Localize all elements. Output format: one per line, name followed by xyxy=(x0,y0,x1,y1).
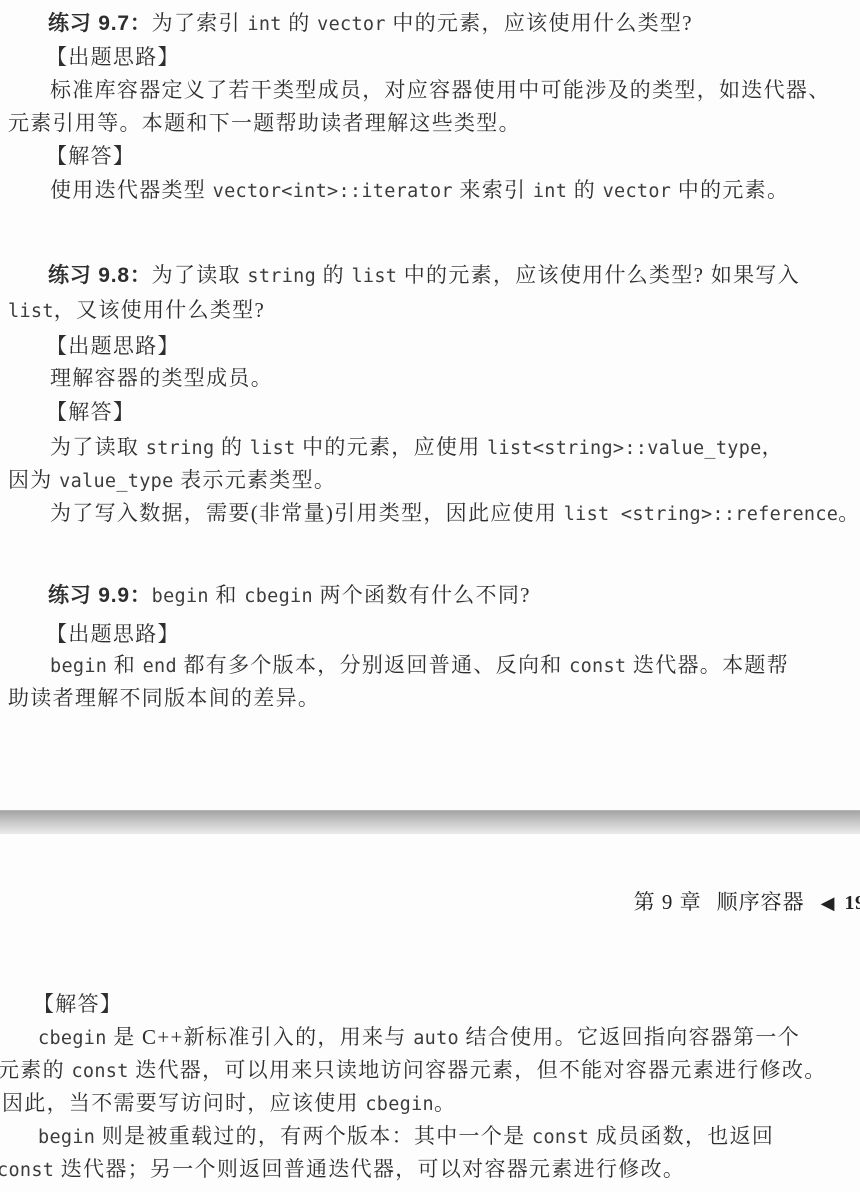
body-text: 【解答】 xyxy=(33,992,122,1016)
text-line: 为了写入数据，需要(非常量)引用类型，因此应使用 list <string>::… xyxy=(50,501,860,527)
body-text: 结合使用。它返回指向容器第一个 xyxy=(459,1025,800,1049)
code-text: cbegin xyxy=(365,1094,434,1115)
text-line: 因为 value_type 表示元素类型。 xyxy=(8,468,336,494)
body-text: 。 xyxy=(434,1091,456,1115)
text-line: 理解容器的类型成员。 xyxy=(50,366,273,391)
body-text: 。 xyxy=(838,501,860,525)
body-text: 中的元素，应该使用什么类型? xyxy=(386,11,693,35)
exercise-label: 练习 9.9： xyxy=(48,584,152,607)
chapter-label: 第 9 章 xyxy=(634,890,702,914)
text-line: 为了读取 string 的 list 中的元素，应使用 list<string>… xyxy=(50,435,784,461)
body-text: 中的元素，应该使用什么类型? 如果写入 xyxy=(397,263,800,287)
text-line: 【解答】 xyxy=(46,144,135,169)
page-divider xyxy=(0,810,860,834)
body-text: 助读者理解不同版本间的差异。 xyxy=(8,686,320,710)
code-text: begin xyxy=(152,586,209,607)
body-text: 表示元素类型。 xyxy=(174,468,337,492)
text-line: begin 则是被重载过的，有两个版本：其中一个是 const 成员函数，也返回 xyxy=(38,1124,774,1150)
body-text: 中的元素。 xyxy=(671,178,789,202)
section-title: 顺序容器 xyxy=(717,890,805,914)
body-text: ， xyxy=(762,435,784,459)
text-line: 练习 9.9：begin 和 cbegin 两个函数有什么不同? xyxy=(48,583,531,609)
body-text: 为了读取 xyxy=(152,263,248,287)
code-text: string xyxy=(146,438,215,459)
body-text: 迭代器。本题帮 xyxy=(626,653,789,677)
body-text: 的 xyxy=(316,263,351,287)
code-text: int xyxy=(533,181,567,202)
code-text: list xyxy=(250,438,296,459)
body-text: 为了索引 xyxy=(152,11,248,35)
code-text: value_type xyxy=(59,471,173,492)
text-line: 【解答】 xyxy=(46,400,135,425)
body-text: 【出题思路】 xyxy=(46,45,180,69)
body-text: ，又该使用什么类型? xyxy=(54,298,265,322)
text-line: 标准库容器定义了若干类型成员，对应容器使用中可能涉及的类型，如迭代器、 xyxy=(50,78,831,103)
code-text: int xyxy=(247,14,281,35)
page-header: 第 9 章顺序容器◀197 xyxy=(0,886,860,916)
text-line: 【出题思路】 xyxy=(46,622,180,647)
body-text: 的 xyxy=(214,435,249,459)
exercise-label: 练习 9.7： xyxy=(48,12,152,35)
document-page: 练习 9.7：为了索引 int 的 vector 中的元素，应该使用什么类型?【… xyxy=(0,0,860,1192)
text-line: begin 和 end 都有多个版本，分别返回普通、反向和 const 迭代器。… xyxy=(50,653,789,679)
code-text: end xyxy=(143,656,177,677)
text-line: 使用迭代器类型 vector<int>::iterator 来索引 int 的 … xyxy=(50,178,789,204)
code-text: list xyxy=(351,266,397,287)
code-text: const xyxy=(0,1160,54,1181)
text-line: 【解答】 xyxy=(33,992,122,1017)
body-text: 则是被重载过的，有两个版本：其中一个是 xyxy=(95,1124,532,1148)
body-text: 来索引 xyxy=(453,178,533,202)
text-line: list，又该使用什么类型? xyxy=(8,298,265,324)
code-text: list xyxy=(8,301,54,322)
body-text: 【解答】 xyxy=(46,144,135,168)
code-text: vector xyxy=(317,14,386,35)
left-triangle-icon: ◀ xyxy=(821,893,835,913)
text-line: 练习 9.7：为了索引 int 的 vector 中的元素，应该使用什么类型? xyxy=(48,11,693,37)
body-text: 使用迭代器类型 xyxy=(50,178,213,202)
body-text: 都有多个版本，分别返回普通、反向和 xyxy=(177,653,569,677)
text-line: 【出题思路】 xyxy=(46,334,180,359)
code-text: begin xyxy=(50,656,107,677)
body-text: 【解答】 xyxy=(46,400,135,424)
body-text: 为了读取 xyxy=(50,435,146,459)
body-text: 【出题思路】 xyxy=(46,334,180,358)
body-text: 成员函数，也返回 xyxy=(589,1124,774,1148)
page-number: 197 xyxy=(845,892,860,914)
code-text: const xyxy=(569,656,626,677)
body-text: 为了写入数据，需要(非常量)引用类型，因此应使用 xyxy=(50,501,564,525)
text-line: 助读者理解不同版本间的差异。 xyxy=(8,686,320,711)
code-text: string xyxy=(247,266,316,287)
body-text: 【出题思路】 xyxy=(46,622,180,646)
exercise-label: 练习 9.8： xyxy=(48,264,152,287)
text-line: 元素引用等。本题和下一题帮助读者理解这些类型。 xyxy=(8,111,521,136)
body-text: 标准库容器定义了若干类型成员，对应容器使用中可能涉及的类型，如迭代器、 xyxy=(50,78,831,102)
code-text: const xyxy=(532,1127,589,1148)
code-text: list<string>::value_type xyxy=(487,438,762,459)
code-text: auto xyxy=(413,1028,459,1049)
body-text: 是 C++新标准引入的，用来与 xyxy=(107,1025,414,1049)
code-text: cbegin xyxy=(244,586,313,607)
body-text: 的 xyxy=(567,178,602,202)
body-text: 因为 xyxy=(8,468,59,492)
text-line: const 迭代器；另一个则返回普通迭代器，可以对容器元素进行修改。 xyxy=(0,1157,685,1183)
text-line: 因此，当不需要写访问时，应该使用 cbegin。 xyxy=(2,1091,456,1117)
body-text: 因此，当不需要写访问时，应该使用 xyxy=(2,1091,365,1115)
body-text: 的 xyxy=(282,11,317,35)
body-text: 元素的 xyxy=(0,1058,71,1082)
text-line: 【出题思路】 xyxy=(46,45,180,70)
body-text: 和 xyxy=(107,653,142,677)
code-text: list <string>::reference xyxy=(564,504,839,525)
text-line: 练习 9.8：为了读取 string 的 list 中的元素，应该使用什么类型?… xyxy=(48,263,800,289)
body-text: 中的元素，应使用 xyxy=(296,435,488,459)
code-text: const xyxy=(71,1061,128,1082)
text-line: 元素的 const 迭代器，可以用来只读地访问容器元素，但不能对容器元素进行修改… xyxy=(0,1058,827,1084)
body-text: 元素引用等。本题和下一题帮助读者理解这些类型。 xyxy=(8,111,521,135)
body-text: 迭代器，可以用来只读地访问容器元素，但不能对容器元素进行修改。 xyxy=(129,1058,827,1082)
code-text: vector<int>::iterator xyxy=(213,181,453,202)
code-text: vector xyxy=(603,181,672,202)
body-text: 和 xyxy=(209,583,244,607)
body-text: 两个函数有什么不同? xyxy=(313,583,531,607)
body-text: 迭代器；另一个则返回普通迭代器，可以对容器元素进行修改。 xyxy=(54,1157,685,1181)
code-text: cbegin xyxy=(38,1028,107,1049)
code-text: begin xyxy=(38,1127,95,1148)
text-line: cbegin 是 C++新标准引入的，用来与 auto 结合使用。它返回指向容器… xyxy=(38,1025,800,1051)
body-text: 理解容器的类型成员。 xyxy=(50,366,273,390)
